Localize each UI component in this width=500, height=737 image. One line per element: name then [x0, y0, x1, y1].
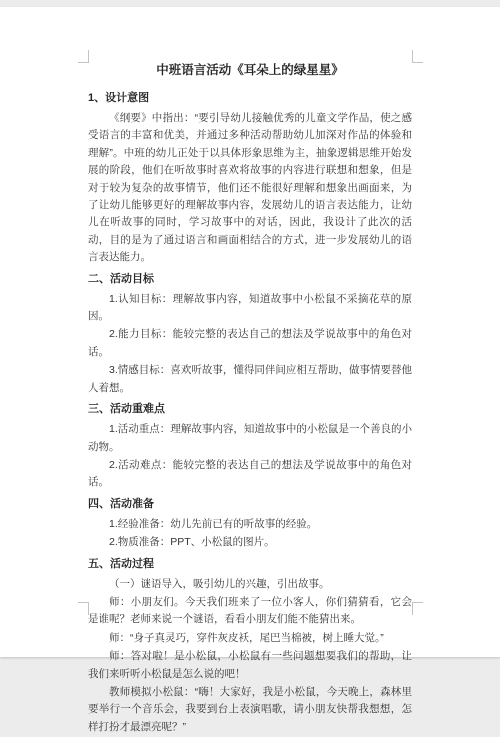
- section-heading-activity-preparation: 四、活动准备: [88, 497, 412, 512]
- section-heading-activity-process: 五、活动过程: [88, 557, 412, 572]
- section-key-difficult-points: 三、活动重难点 1.活动重点：理解故事内容，知道故事中的小松鼠是一个善良的小动物…: [88, 402, 412, 492]
- section-activity-preparation: 四、活动准备 1.经验准备：幼儿先前已有的听故事的经验。 2.物质准备：PPT、…: [88, 497, 412, 552]
- margin-corner-mark-bottom-right: [412, 602, 423, 615]
- section-design-intent: 1、设计意图 《纲要》中指出：“要引导幼儿接触优秀的儿童文学作品，使之感受语言的…: [88, 91, 412, 267]
- goal-item-emotion: 3.情感目标：喜欢听故事，懂得同伴间应相互帮助，做事情要替他人着想。: [88, 362, 412, 397]
- teacher-line-answer: 师：答对啦！是小松鼠，小松鼠有一些问题想要我们的帮助，让我们来听听小松鼠是怎么说…: [88, 648, 412, 667]
- section-heading-key-difficult-points: 三、活动重难点: [88, 402, 412, 417]
- teacher-line-greeting: 师：小朋友们。今天我们班来了一位小客人，你们猜猜看，它会是谁呢？老师来说一个谜语…: [88, 594, 412, 629]
- point-item-key: 1.活动重点：理解故事内容，知道故事中的小松鼠是一个善良的小动物。: [88, 421, 412, 456]
- section-activity-goals: 二、活动目标 1.认知目标：理解故事内容，知道故事中小松鼠不采摘花草的原因。 2…: [88, 272, 412, 397]
- section-heading-design-intent: 1、设计意图: [88, 91, 412, 106]
- document-body: 中班语言活动《耳朵上的绿星星》 1、设计意图 《纲要》中指出：“要引导幼儿接触优…: [88, 61, 412, 667]
- paragraph-design-intent: 《纲要》中指出：“要引导幼儿接触优秀的儿童文学作品，使之感受语言的丰富和优美，并…: [88, 110, 412, 267]
- teacher-line-riddle: 师：“身子真灵巧，穿件灰皮袄，尾巴当棉被，树上睡大觉。”: [88, 630, 412, 647]
- document-page: 中班语言活动《耳朵上的绿星星》 1、设计意图 《纲要》中指出：“要引导幼儿接触优…: [0, 7, 500, 657]
- goal-item-ability: 2.能力目标：能较完整的表达自己的想法及学说故事中的角色对话。: [88, 326, 412, 361]
- section-activity-process: 五、活动过程 （一）谜语导入，吸引幼儿的兴趣，引出故事。 师：小朋友们。今天我们…: [88, 557, 412, 667]
- margin-corner-mark-top-right: [412, 50, 423, 63]
- process-step-intro: （一）谜语导入，吸引幼儿的兴趣，引出故事。: [88, 576, 412, 593]
- prep-item-experience: 1.经验准备：幼儿先前已有的听故事的经验。: [88, 516, 412, 533]
- document-title: 中班语言活动《耳朵上的绿星星》: [88, 61, 412, 79]
- section-heading-activity-goals: 二、活动目标: [88, 272, 412, 287]
- prep-item-material: 2.物质准备：PPT、小松鼠的图片。: [88, 534, 412, 551]
- goal-item-cognitive: 1.认知目标：理解故事内容，知道故事中小松鼠不采摘花草的原因。: [88, 291, 412, 326]
- point-item-difficult: 2.活动难点：能较完整的表达自己的想法及学说故事中的角色对话。: [88, 457, 412, 492]
